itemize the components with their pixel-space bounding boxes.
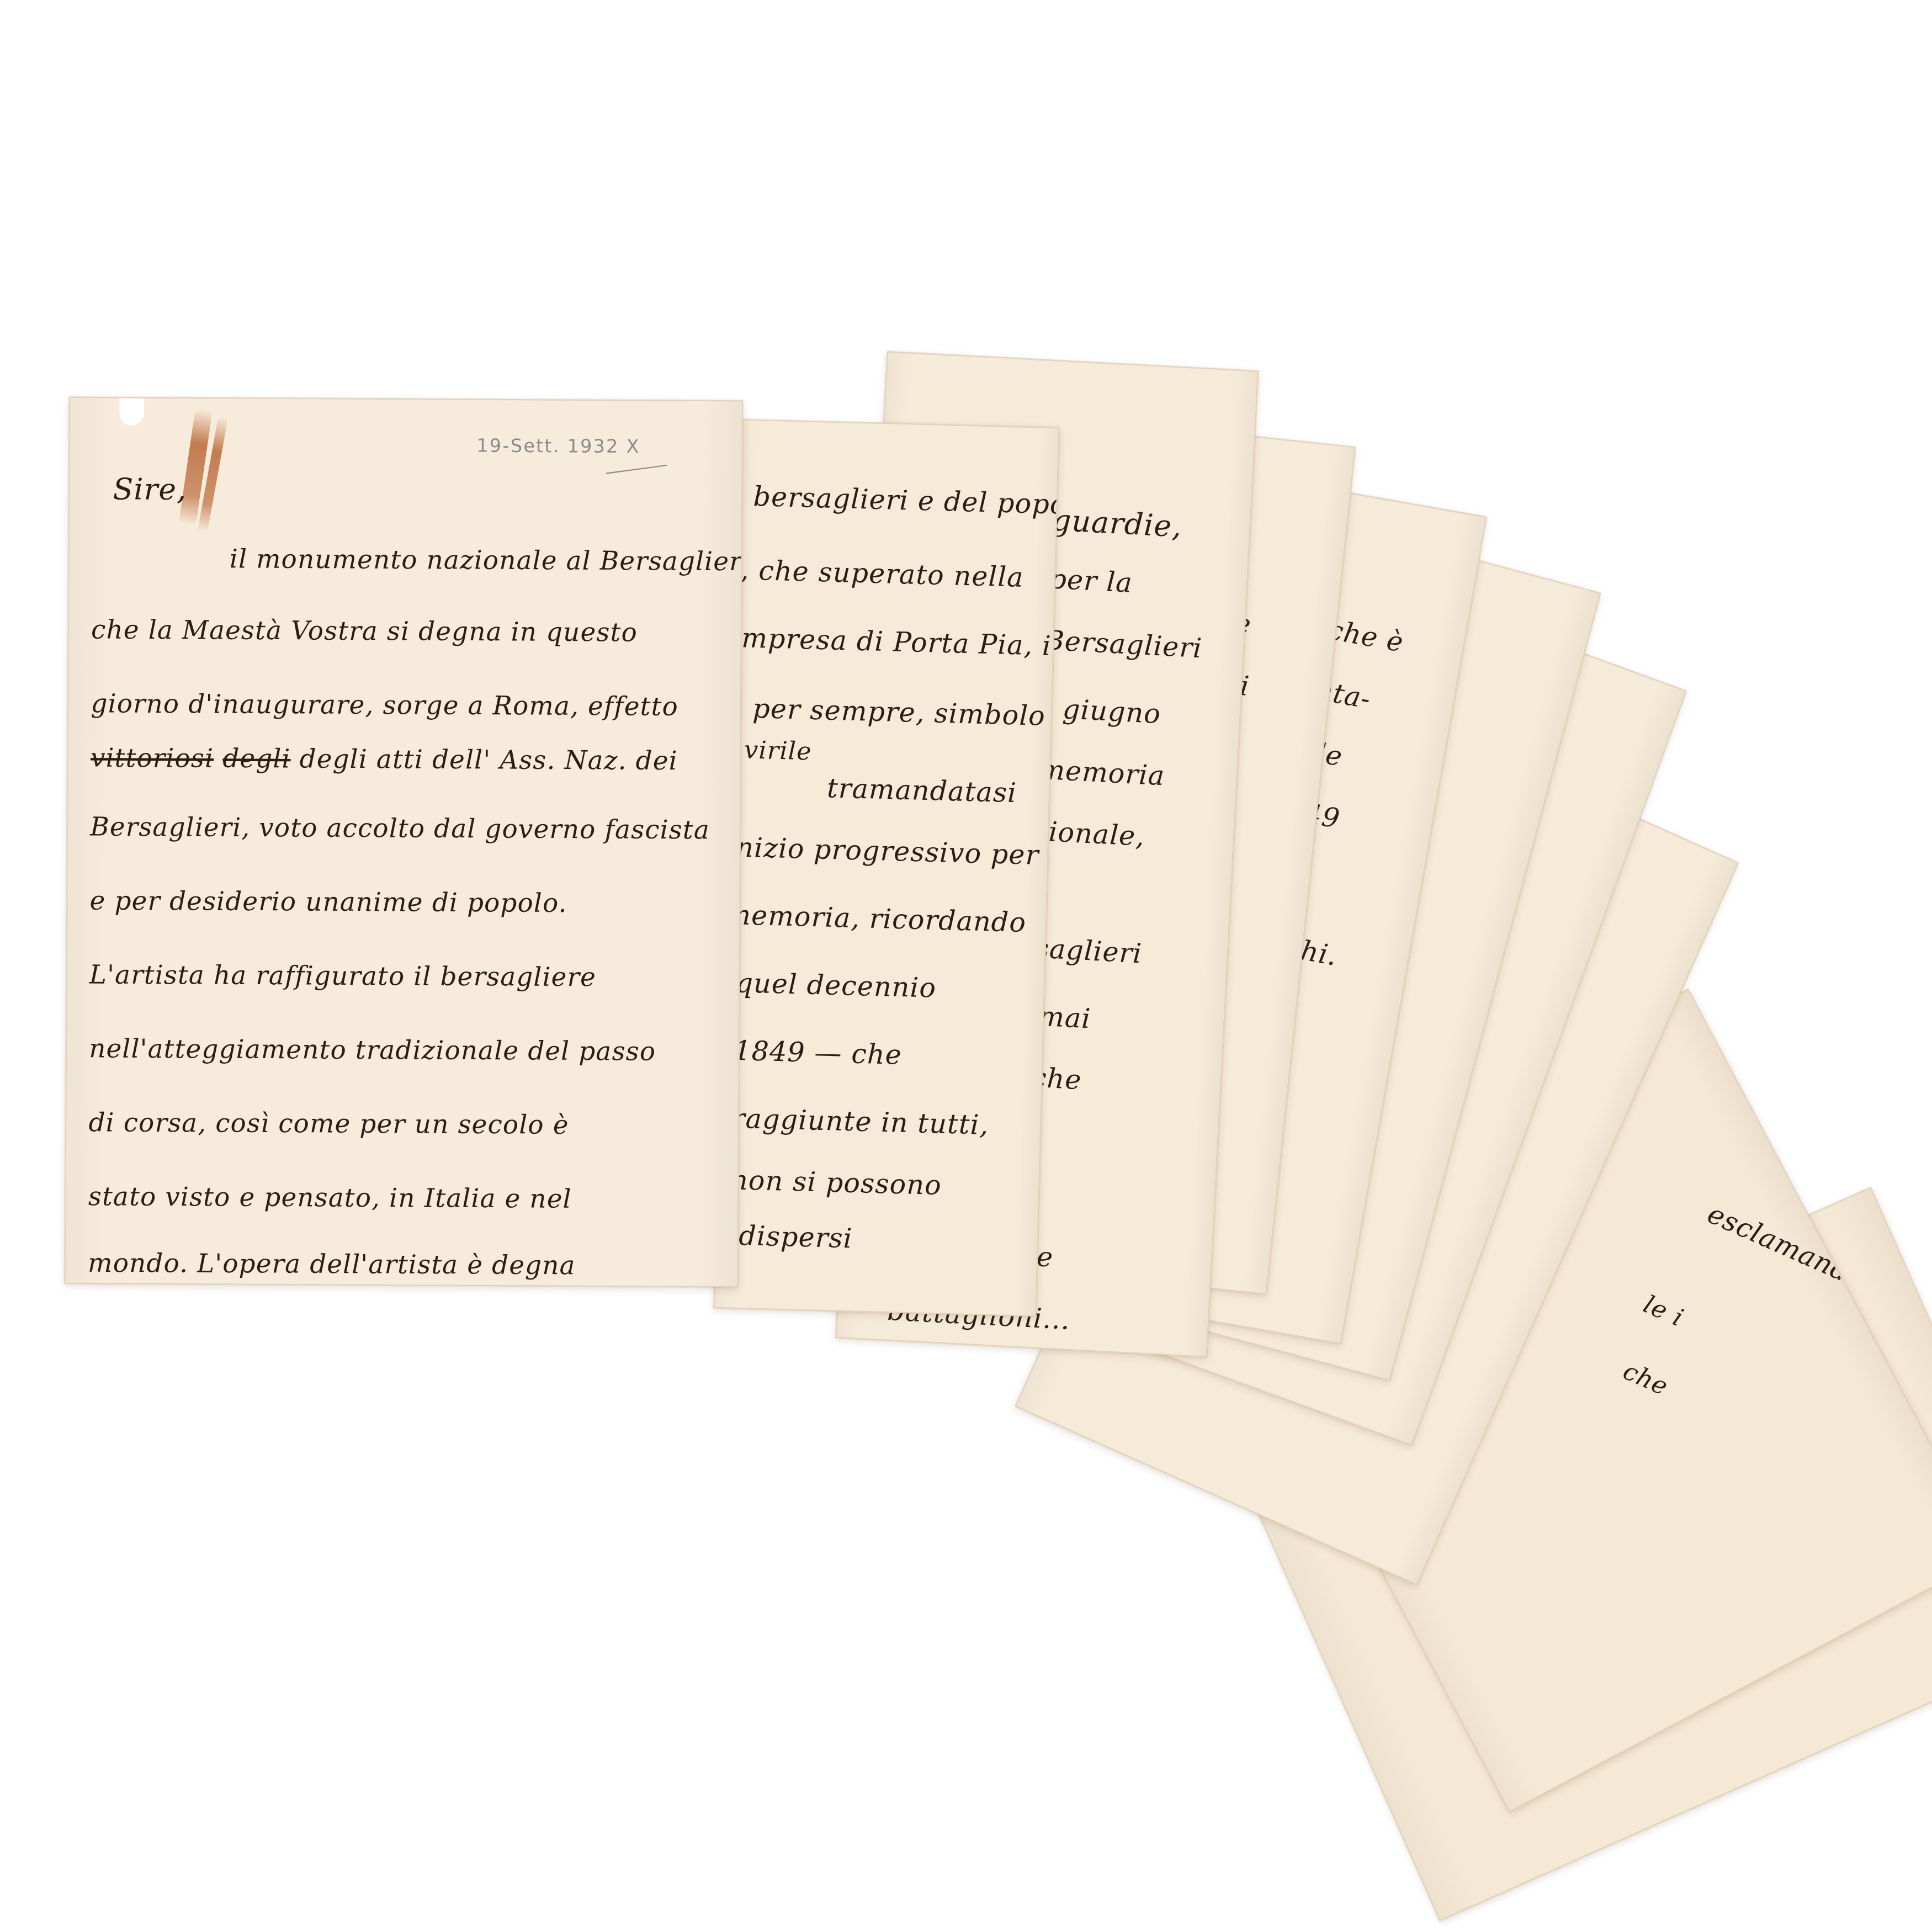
handwriting-line: che la Maestà Vostra si degna in questo	[91, 615, 638, 647]
handwriting-line: mai	[1038, 1002, 1092, 1036]
handwriting-line: nell'atteggiamento tradizionale del pass…	[89, 1034, 656, 1066]
handwriting-line: tramandatasi	[826, 774, 1017, 810]
handwriting-line: Bersaglieri, voto accolto dal governo fa…	[90, 812, 710, 845]
handwriting-line: quel decennio	[735, 969, 937, 1005]
handwriting-text: degli atti dell' Ass. Naz. dei	[299, 744, 677, 776]
handwriting-line: 1849 — che	[734, 1036, 903, 1071]
handwriting-line: giorno d'inaugurare, sorge a Roma, effet…	[91, 689, 678, 721]
salutation: Sire,	[113, 472, 187, 507]
handwriting-line: virile	[744, 735, 812, 766]
handwriting-line: stato visto e pensato, in Italia e nel	[88, 1182, 572, 1214]
struck-word: vittoriosi	[91, 743, 214, 773]
handwriting-line: per la	[1048, 565, 1133, 600]
handwriting-line: dispersi	[739, 1222, 853, 1255]
date-annotation: 19-Sett. 1932 X	[476, 434, 640, 458]
letter-page-2: bersaglieri e del popolo. , che superato…	[714, 419, 1060, 1317]
handwriting-line: guardie,	[1052, 503, 1183, 544]
letter-page-1: 19-Sett. 1932 X Sire, il monumento nazio…	[65, 397, 743, 1287]
handwriting-line: il monumento nazionale al Bersagliere	[230, 544, 743, 577]
handwriting-line: mondo. L'opera dell'artista è degna	[88, 1248, 576, 1280]
photo-stage: serrato la mobilitazione anche ieri voi …	[0, 0, 1932, 1932]
handwriting-line: e per desiderio unanime di popolo.	[89, 886, 567, 918]
handwriting-line: vittoriosi degli degli atti dell' Ass. N…	[91, 743, 678, 776]
struck-word: degli	[222, 744, 291, 773]
handwriting-line: memoria	[1038, 755, 1166, 793]
torn-corner	[119, 398, 144, 425]
handwriting-line: L'artista ha raffigurato il bersagliere	[89, 960, 596, 992]
handwriting-line: di corsa, così come per un secolo è	[88, 1108, 569, 1140]
handwriting-line: non si possono	[730, 1166, 942, 1202]
